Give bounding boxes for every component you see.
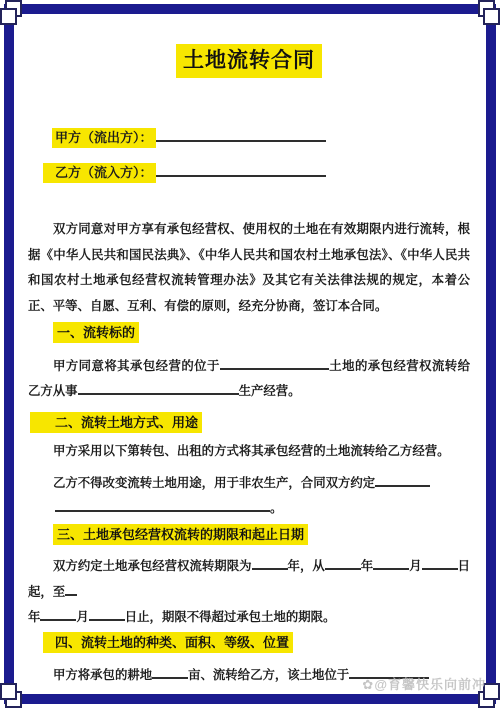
section-3-text: 年 — [361, 559, 373, 573]
start-year-blank[interactable] — [325, 556, 361, 570]
corner-square-icon — [0, 8, 17, 25]
party-b-label: 乙方（流入方）： — [43, 163, 156, 183]
section-2-text: 乙方不得改变流转土地用途，用于非农生产，合同双方约定 — [53, 476, 375, 490]
section-2-heading: 二、流转土地方式、用途 — [30, 412, 202, 433]
section-3-text: 年 — [28, 610, 40, 624]
contract-document: 土地流转合同 甲方（流出方）： 乙方（流入方）： 双方同意对甲方享有承包经营权、… — [28, 0, 470, 689]
section-3-text: 双方约定土地承包经营权流转期限为 — [53, 559, 252, 573]
party-b-row: 乙方（流入方）： — [28, 161, 470, 187]
section-2-heading-row: 二、流转土地方式、用途 — [28, 411, 470, 437]
start-day-blank[interactable] — [422, 556, 458, 570]
page-title: 土地流转合同 — [176, 44, 322, 78]
party-a-label: 甲方（流出方）： — [52, 128, 156, 148]
section-1-paragraph: 甲方同意将其承包经营的位于土地的承包经营权流转给乙方从事生产经营。 — [28, 354, 470, 405]
start-month-blank[interactable] — [373, 556, 409, 570]
land-location-blank[interactable] — [220, 356, 329, 370]
watermark: ✿@育馨快乐向前冲 — [362, 677, 486, 693]
corner-square-icon — [0, 683, 17, 700]
end-day-blank[interactable] — [89, 607, 125, 621]
term-years-blank[interactable] — [252, 556, 288, 570]
section-1-text: 生产经营。 — [239, 384, 301, 398]
section-3-heading: 三、土地承包经营权流转的期限和起止日期 — [53, 524, 308, 545]
section-2-text: 。 — [270, 501, 282, 515]
corner-square-icon — [483, 8, 500, 25]
land-area-blank[interactable] — [152, 665, 188, 679]
section-4-text: 亩、流转给乙方，该土地位于 — [188, 668, 349, 682]
party-b-blank[interactable] — [156, 163, 326, 177]
section-1-heading: 一、流转标的 — [53, 322, 139, 343]
section-3-text: 年，从 — [288, 559, 325, 573]
section-1-heading-row: 一、流转标的 — [28, 321, 470, 347]
agreement-blank-2[interactable] — [55, 498, 270, 512]
business-type-blank[interactable] — [78, 381, 239, 395]
section-4-heading: 四、流转土地的种类、面积、等级、位置 — [43, 632, 293, 653]
section-3-text: 月 — [409, 559, 421, 573]
section-1-text: 甲方同意将其承包经营的位于 — [53, 359, 220, 373]
section-3-paragraph: 双方约定土地承包经营权流转期限为年，从年月日起，至年月日止，期限不得超过承包土地… — [28, 554, 470, 631]
preamble-paragraph: 双方同意对甲方享有承包经营权、使用权的土地在有效期限内进行流转，根据《中华人民共… — [28, 217, 470, 319]
end-year-blank-part[interactable] — [65, 582, 77, 596]
section-4-heading-row: 四、流转土地的种类、面积、等级、位置 — [28, 631, 470, 657]
section-2-paragraph-2: 乙方不得改变流转土地用途，用于非农生产，合同双方约定。 — [28, 471, 470, 522]
party-a-row: 甲方（流出方）： — [28, 126, 470, 152]
section-3-heading-row: 三、土地承包经营权流转的期限和起止日期 — [28, 523, 470, 549]
agreement-blank-1[interactable] — [375, 473, 430, 487]
title-row: 土地流转合同 — [28, 44, 470, 78]
section-2-paragraph-1: 甲方采用以下第转包、出租的方式将其承包经营的土地流转给乙方经营。 — [28, 439, 470, 465]
end-month-blank[interactable] — [40, 607, 76, 621]
section-3-text: 日止，期限不得超过承包土地的期限。 — [125, 610, 336, 624]
party-a-blank[interactable] — [156, 128, 326, 142]
section-4-text: 甲方将承包的耕地 — [53, 668, 152, 682]
section-3-text: 月 — [76, 610, 88, 624]
